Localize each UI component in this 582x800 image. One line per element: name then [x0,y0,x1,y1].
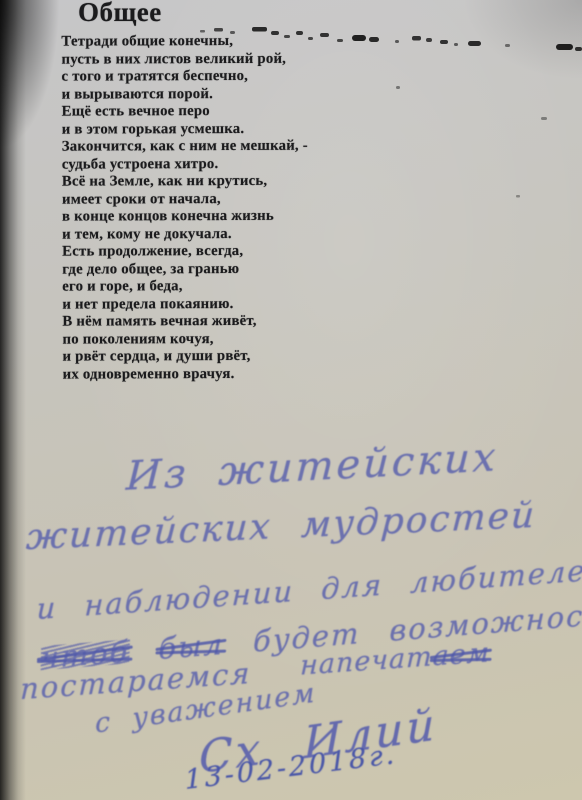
poem-line: и нет предела покаянию. [62,295,402,314]
poem-line: Есть продолжение, всегда, [62,242,402,261]
partially-crossed-letters: аем [432,637,490,672]
poem-line: Всё на Земле, как ни крутись, [62,172,402,191]
handwritten-closing: с уважением [95,677,317,739]
poem-line: пусть в них листов великий рой, [61,50,401,69]
poem-line: В нём память вечная живёт, [62,312,402,331]
crossed-out-word: был [158,627,224,666]
photo-of-document: Общее Тетради общие конечны,пусть в них … [0,0,582,800]
page-shadow-top-right [462,0,582,80]
poem-line: с того и тратятся беспечно, [62,67,402,86]
poem-line: и вырываются порой. [62,85,402,104]
poem-line: в конце концов конечна жизнь [62,207,402,226]
poem-line: его и горе, и беда, [62,277,402,296]
handwritten-line-5-word-2: напечатаем [300,637,491,681]
handwritten-line-2: житейских мудростей [25,495,537,558]
poem-body: Тетради общие конечны,пусть в них листов… [61,32,402,383]
poem-line: их одновременно врачуя. [63,365,403,384]
handwritten-line-5-word-1: постараемся [20,656,252,706]
handwritten-line-3: и наблюдении для любителей [36,552,582,626]
handwritten-line-1: Из житейских [125,434,500,500]
poem-line: судьба устроена хитро. [62,155,402,174]
poem-line: Закончится, как с ним не мешкай, - [62,137,402,156]
poem-line: Тетради общие конечны, [61,32,401,51]
poem-line: имеет сроки от начала, [62,190,402,209]
poem-line: и в этом горькая усмешка. [62,120,402,139]
poem-line: где дело общее, за гранью [62,260,402,279]
poem-line: и тем, кому не докучала. [62,225,402,244]
poem-title: Общее [78,0,162,28]
handwritten-text: будет возможность [253,595,582,659]
handwritten-text: напечат [300,641,434,681]
handwritten-date: 13-02-2018г. [184,739,398,796]
signature: Сх Илий [199,699,437,784]
poem-line: по поколениям кочуя, [62,330,402,349]
poem-line: и рвёт сердца, и души рвёт, [62,347,402,366]
page-shadow-left [0,0,26,800]
crossed-out-word: чтоб [40,634,129,675]
page-shadow-corner [0,0,60,150]
poem-line: Ещё есть вечное перо [62,102,402,121]
handwritten-line-4: чтоб был будет возможность [40,595,582,676]
